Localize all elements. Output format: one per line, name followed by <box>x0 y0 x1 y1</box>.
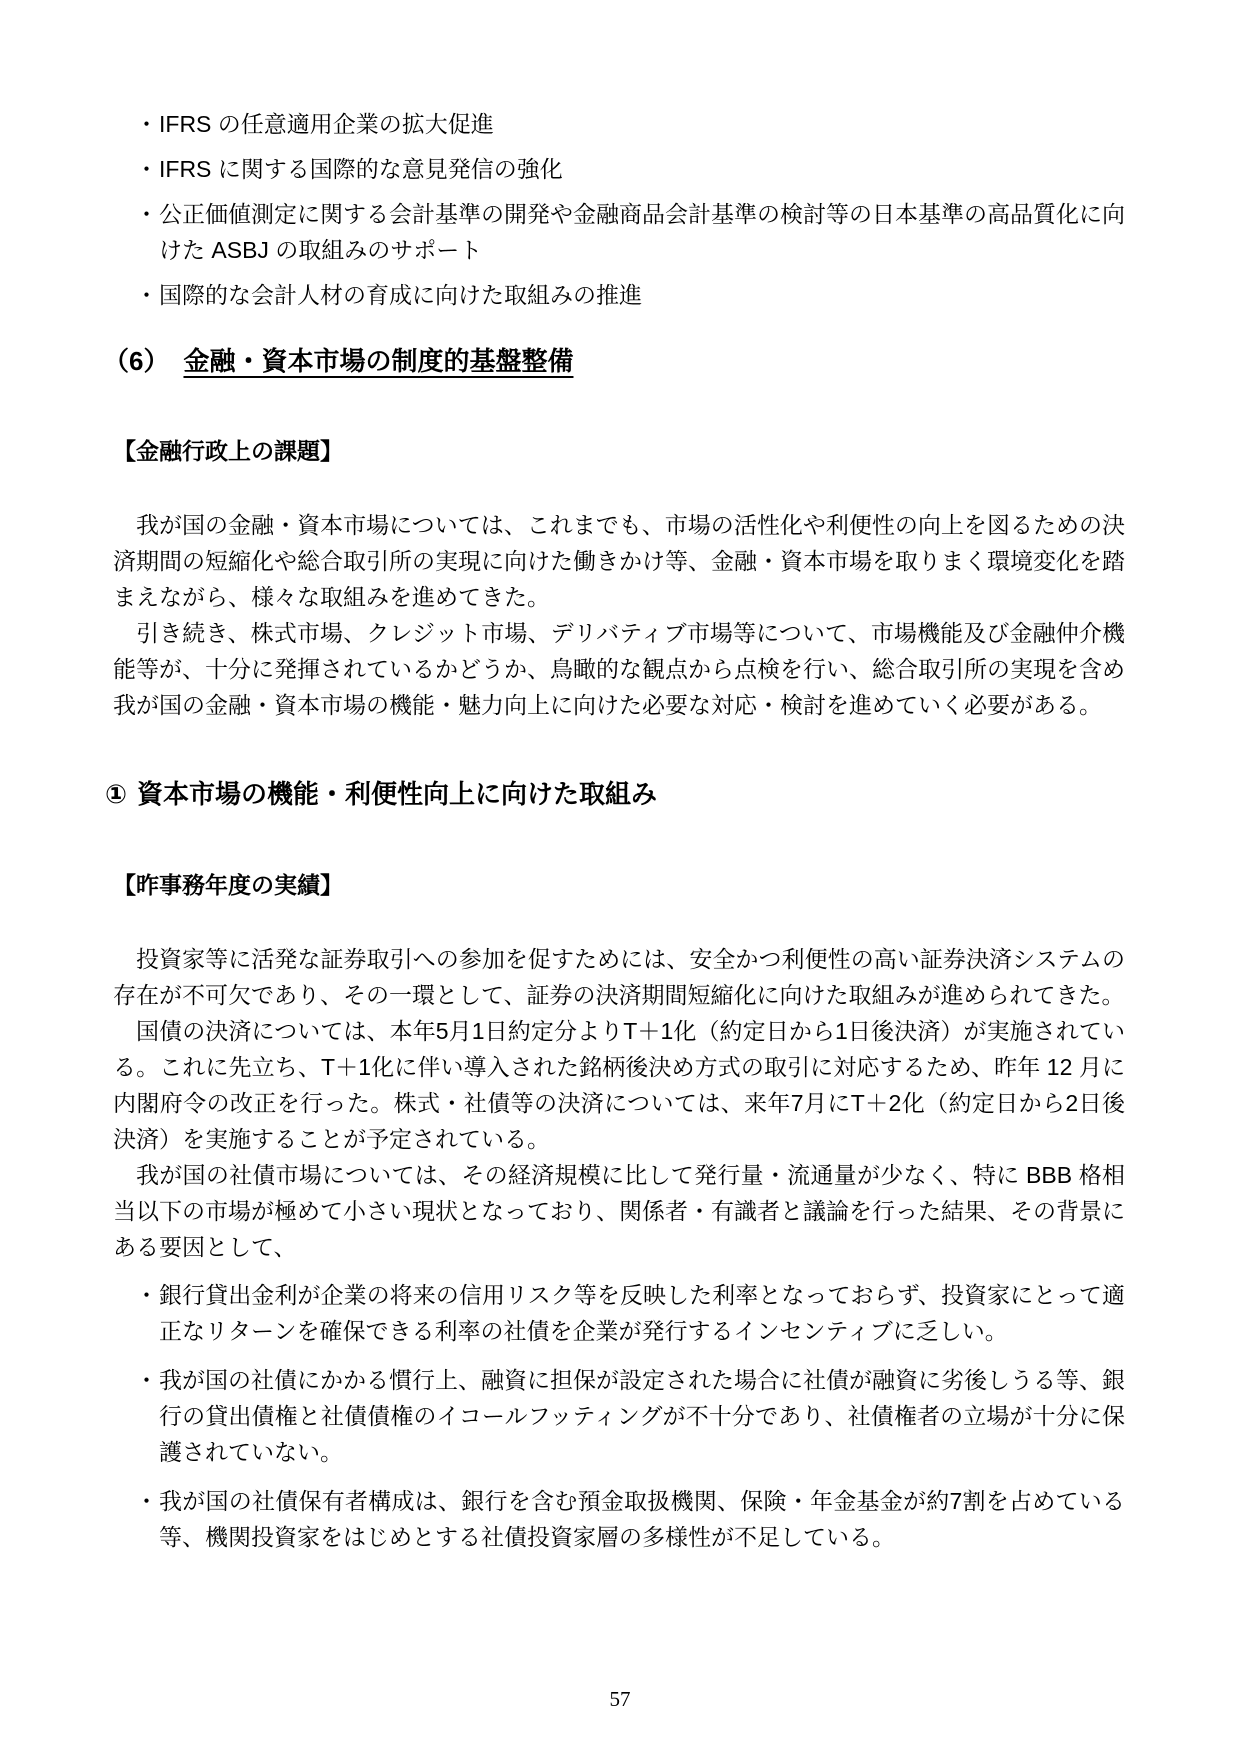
subsection-1-heading: ①資本市場の機能・利便性向上に向けた取組み <box>105 775 1125 813</box>
bullet-marker: ・ <box>135 277 159 313</box>
list-item-text: 我が国の社債にかかる慣行上、融資に担保が設定された場合に社債が融資に劣後しうる等… <box>159 1362 1125 1470</box>
paragraph: 引き続き、株式市場、クレジット市場、デリバティブ市場等について、市場機能及び金融… <box>113 615 1125 723</box>
list-item: ・ 公正価値測定に関する会計基準の開発や金融商品会計基準の検討等の日本基準の高品… <box>135 196 1125 268</box>
list-item: ・ IFRS に関する国際的な意見発信の強化 <box>135 151 1125 187</box>
list-item-text: 国際的な会計人材の育成に向けた取組みの推進 <box>159 277 1125 313</box>
list-item-text: IFRS に関する国際的な意見発信の強化 <box>159 151 1125 187</box>
jisseki-heading: 【昨事務年度の実績】 <box>113 867 1125 903</box>
bullet-marker: ・ <box>135 1483 159 1555</box>
bond-market-factors-list: ・ 銀行貸出金利が企業の将来の信用リスク等を反映した利率となっておらず、投資家に… <box>113 1277 1125 1555</box>
kadai-heading: 【金融行政上の課題】 <box>113 433 1125 469</box>
paragraph: 国債の決済については、本年5月1日約定分よりT＋1化（約定日から1日後決済）が実… <box>113 1013 1125 1157</box>
section-6-number: （6） <box>103 346 169 376</box>
subsection-1-number: ① <box>105 779 127 809</box>
bullet-marker: ・ <box>135 1362 159 1470</box>
accounting-initiatives-list: ・ IFRS の任意適用企業の拡大促進 ・ IFRS に関する国際的な意見発信の… <box>113 106 1125 313</box>
bullet-marker: ・ <box>135 196 159 268</box>
list-item: ・ 我が国の社債にかかる慣行上、融資に担保が設定された場合に社債が融資に劣後しう… <box>135 1362 1125 1470</box>
list-item-text: IFRS の任意適用企業の拡大促進 <box>159 106 1125 142</box>
subsection-1-title: 資本市場の機能・利便性向上に向けた取組み <box>137 779 657 809</box>
jisseki-paragraphs: 投資家等に活発な証券取引への参加を促すためには、安全かつ利便性の高い証券決済シス… <box>113 941 1125 1265</box>
list-item-text: 我が国の社債保有者構成は、銀行を含む預金取扱機関、保険・年金基金が約7割を占めて… <box>159 1483 1125 1555</box>
bullet-marker: ・ <box>135 151 159 187</box>
list-item: ・ 銀行貸出金利が企業の将来の信用リスク等を反映した利率となっておらず、投資家に… <box>135 1277 1125 1349</box>
page-number: 57 <box>0 1687 1240 1711</box>
document-page: ・ IFRS の任意適用企業の拡大促進 ・ IFRS に関する国際的な意見発信の… <box>0 0 1240 1755</box>
paragraph: 我が国の金融・資本市場については、これまでも、市場の活性化や利便性の向上を図るた… <box>113 507 1125 615</box>
section-6-heading: （6）金融・資本市場の制度的基盤整備 <box>103 343 1125 379</box>
list-item-text: 公正価値測定に関する会計基準の開発や金融商品会計基準の検討等の日本基準の高品質化… <box>159 196 1125 268</box>
kadai-paragraphs: 我が国の金融・資本市場については、これまでも、市場の活性化や利便性の向上を図るた… <box>113 507 1125 723</box>
bullet-marker: ・ <box>135 1277 159 1349</box>
list-item: ・ 国際的な会計人材の育成に向けた取組みの推進 <box>135 277 1125 313</box>
bullet-marker: ・ <box>135 106 159 142</box>
list-item: ・ 我が国の社債保有者構成は、銀行を含む預金取扱機関、保険・年金基金が約7割を占… <box>135 1483 1125 1555</box>
section-6-title: 金融・資本市場の制度的基盤整備 <box>183 346 573 376</box>
paragraph: 我が国の社債市場については、その経済規模に比して発行量・流通量が少なく、特に B… <box>113 1157 1125 1265</box>
list-item: ・ IFRS の任意適用企業の拡大促進 <box>135 106 1125 142</box>
list-item-text: 銀行貸出金利が企業の将来の信用リスク等を反映した利率となっておらず、投資家にとっ… <box>159 1277 1125 1349</box>
paragraph: 投資家等に活発な証券取引への参加を促すためには、安全かつ利便性の高い証券決済シス… <box>113 941 1125 1013</box>
